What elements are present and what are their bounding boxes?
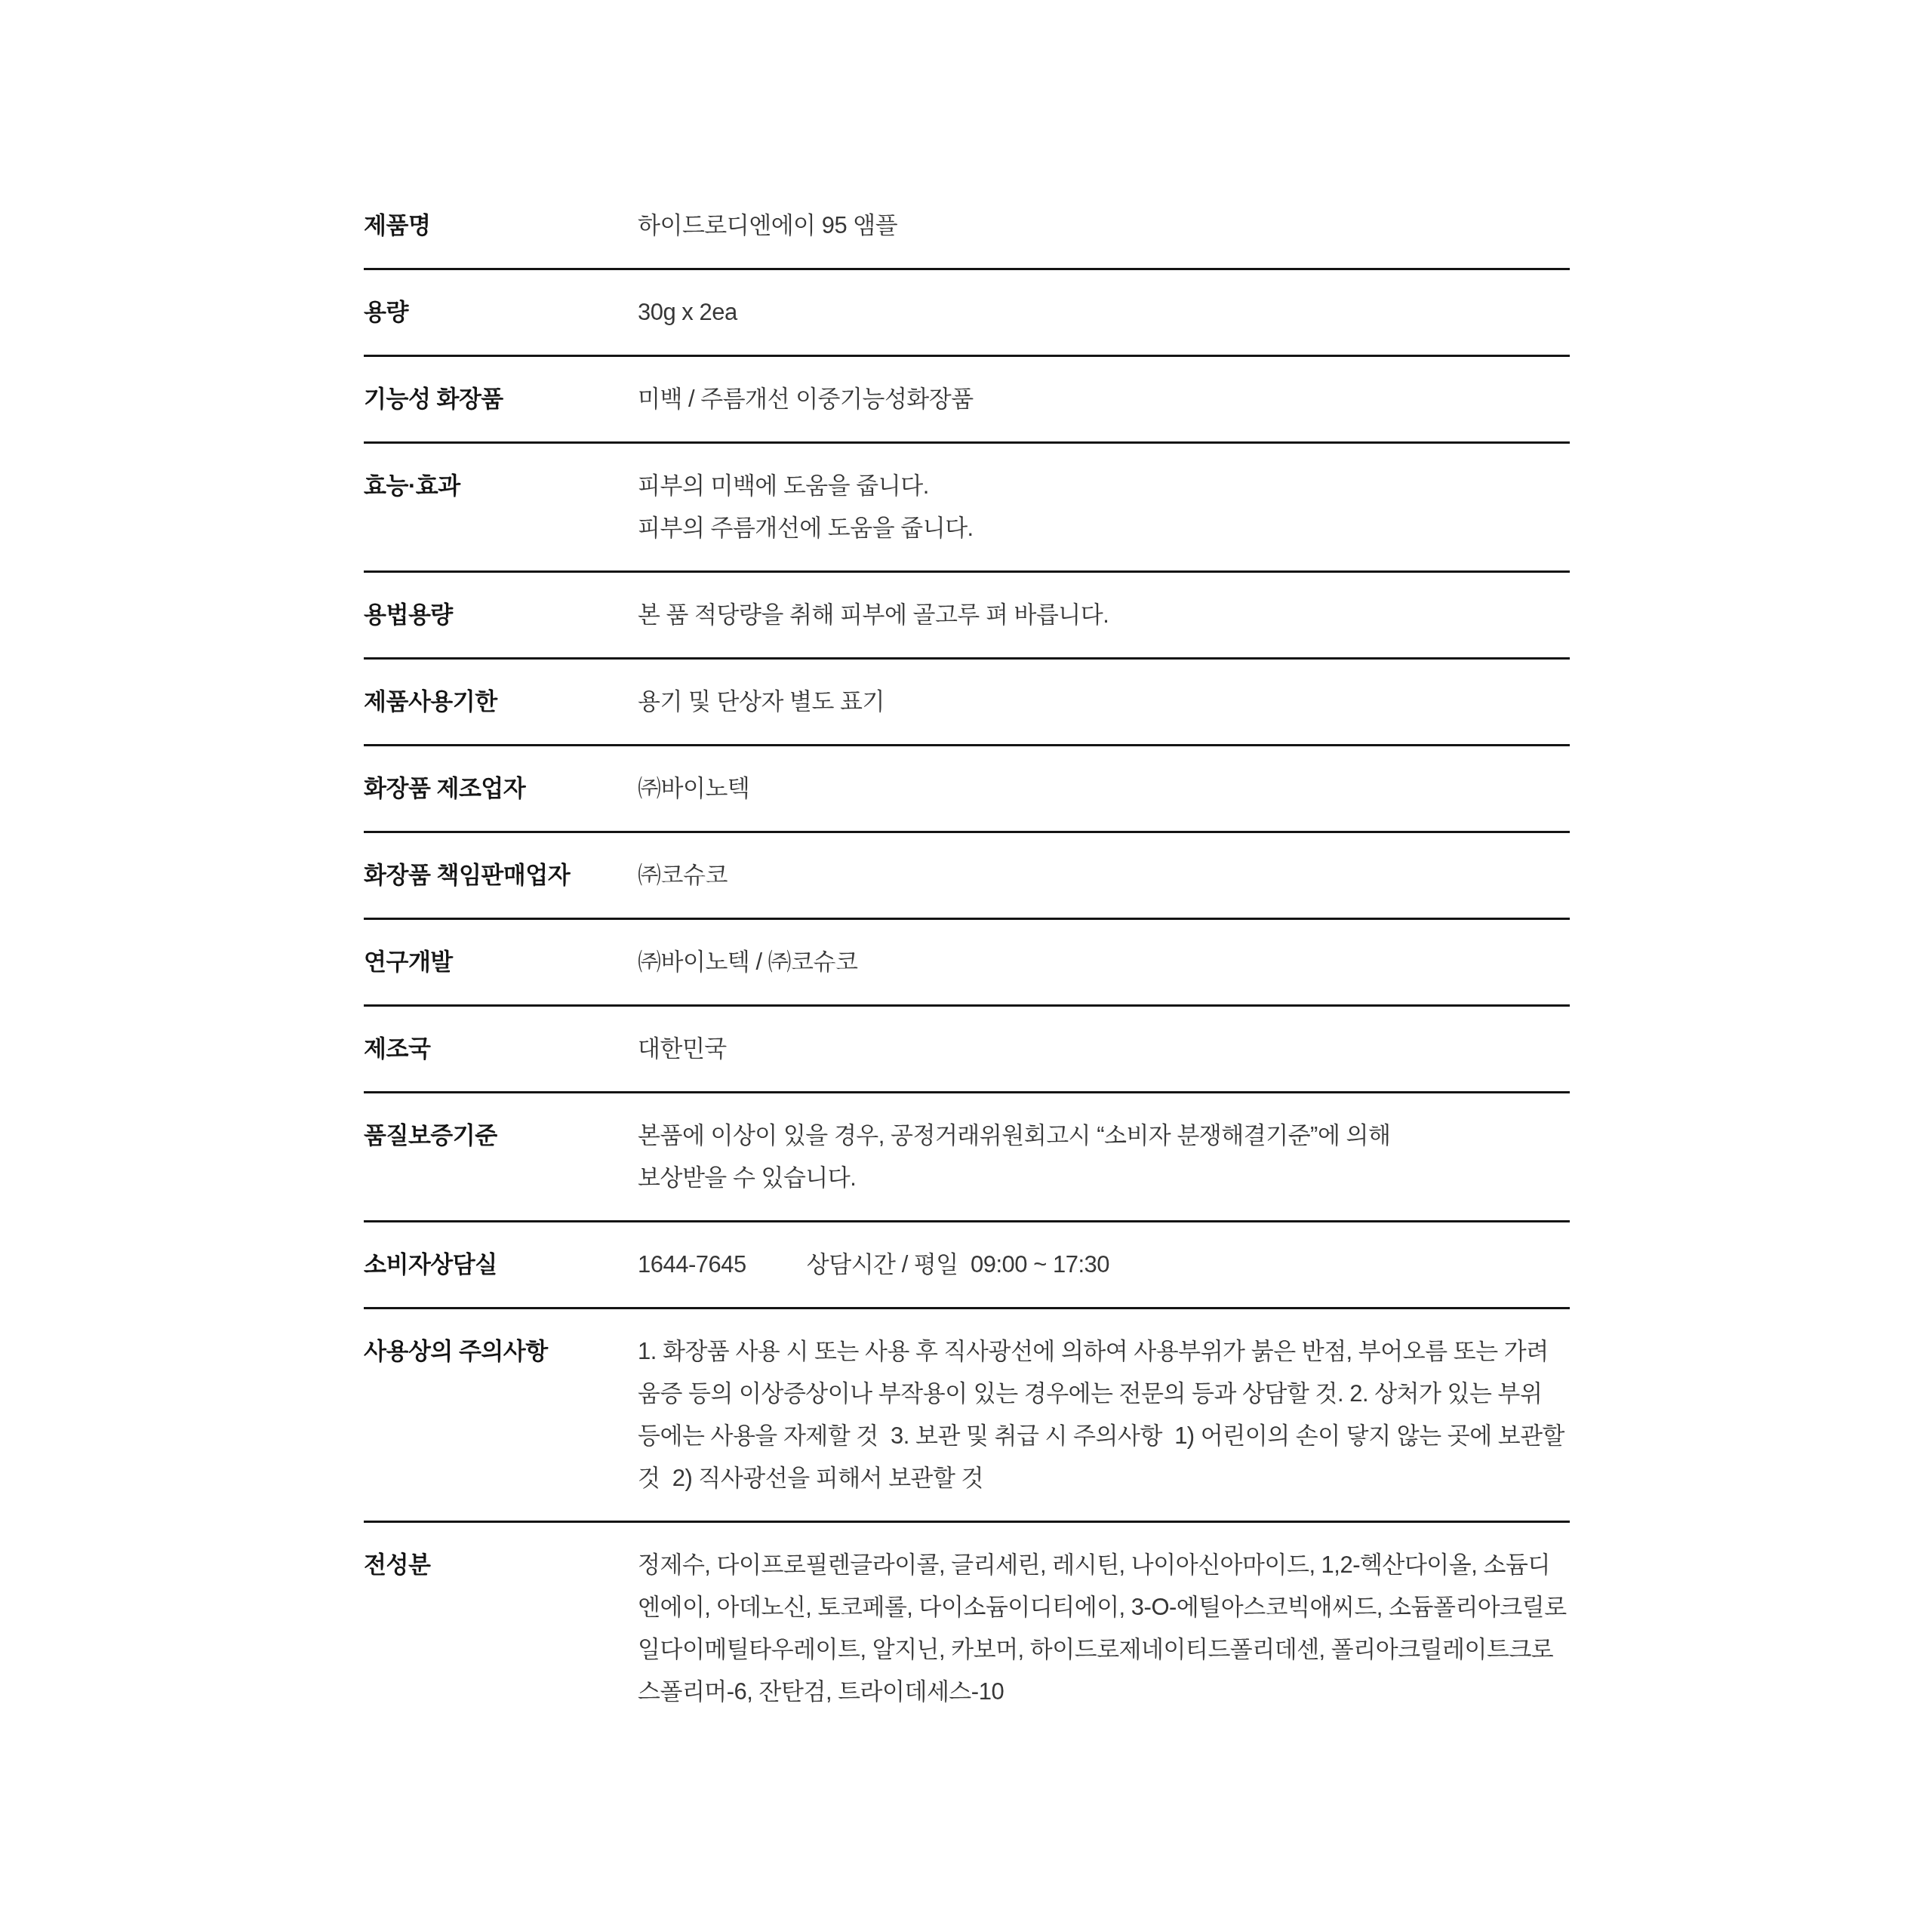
spec-label-precautions: 사용상의 주의사항 [364,1330,638,1373]
row-customer-service: 소비자상담실 1644-7645상담시간 / 평일 09:00 ~ 17:30 [364,1222,1570,1309]
spec-value-research-development: ㈜바이노텍 / ㈜코슈코 [638,941,1570,983]
spec-value-quality-guarantee: 본품에 이상이 있을 경우, 공정거래위원회고시 “소비자 분쟁해결기준”에 의… [638,1115,1570,1199]
spec-label-ingredients: 전성분 [364,1544,638,1586]
row-distributor: 화장품 책임판매업자 ㈜코슈코 [364,833,1570,920]
spec-label-distributor: 화장품 책임판매업자 [364,854,638,896]
row-ingredients: 전성분 정제수, 다이프로필렌글라이콜, 글리세린, 레시틴, 나이아신아마이드… [364,1523,1570,1734]
spec-label-research-development: 연구개발 [364,941,638,983]
spec-value-expiration: 용기 및 단상자 별도 표기 [638,681,1570,723]
row-manufacturer: 화장품 제조업자 ㈜바이노텍 [364,746,1570,833]
spec-value-functional-cosmetics: 미백 / 주름개선 이중기능성화장품 [638,378,1570,420]
spec-value-distributor: ㈜코슈코 [638,854,1570,896]
spec-label-product-name: 제품명 [364,205,638,247]
row-expiration: 제품사용기한 용기 및 단상자 별도 표기 [364,660,1570,746]
row-product-name: 제품명 하이드로디엔에이 95 앰플 [364,183,1570,270]
row-functional-cosmetics: 기능성 화장품 미백 / 주름개선 이중기능성화장품 [364,357,1570,444]
spec-label-usage-directions: 용법용량 [364,594,638,636]
row-research-development: 연구개발 ㈜바이노텍 / ㈜코슈코 [364,920,1570,1007]
spec-value-customer-service: 1644-7645상담시간 / 평일 09:00 ~ 17:30 [638,1244,1570,1286]
product-detail-page: { "colors": { "background": "#ffffff", "… [0,0,1932,1922]
customer-service-hours: 상담시간 / 평일 09:00 ~ 17:30 [807,1244,1109,1286]
row-volume: 용량 30g x 2ea [364,270,1570,357]
row-quality-guarantee: 품질보증기준 본품에 이상이 있을 경우, 공정거래위원회고시 “소비자 분쟁해… [364,1093,1570,1222]
spec-value-country-of-origin: 대한민국 [638,1028,1570,1070]
spec-label-country-of-origin: 제조국 [364,1028,638,1070]
row-country-of-origin: 제조국 대한민국 [364,1007,1570,1093]
spec-value-product-name: 하이드로디엔에이 95 앰플 [638,205,1570,247]
spec-value-efficacy: 피부의 미백에 도움을 줍니다. 피부의 주름개선에 도움을 줍니다. [638,465,1570,549]
spec-label-manufacturer: 화장품 제조업자 [364,767,638,810]
spec-value-usage-directions: 본 품 적당량을 취해 피부에 골고루 펴 바릅니다. [638,594,1570,636]
spec-label-functional-cosmetics: 기능성 화장품 [364,378,638,420]
spec-value-ingredients: 정제수, 다이프로필렌글라이콜, 글리세린, 레시틴, 나이아신아마이드, 1,… [638,1544,1570,1713]
customer-service-phone: 1644-7645 [638,1251,746,1278]
product-spec-table: 제품명 하이드로디엔에이 95 앰플 용량 30g x 2ea 기능성 화장품 … [364,183,1570,1734]
spec-label-customer-service: 소비자상담실 [364,1244,638,1286]
spec-value-volume: 30g x 2ea [638,291,1570,334]
spec-label-efficacy: 효능·효과 [364,465,638,507]
spec-label-volume: 용량 [364,291,638,334]
row-precautions: 사용상의 주의사항 1. 화장품 사용 시 또는 사용 후 직사광선에 의하여 … [364,1309,1570,1523]
spec-value-manufacturer: ㈜바이노텍 [638,767,1570,810]
row-efficacy: 효능·효과 피부의 미백에 도움을 줍니다. 피부의 주름개선에 도움을 줍니다… [364,444,1570,573]
row-usage-directions: 용법용량 본 품 적당량을 취해 피부에 골고루 펴 바릅니다. [364,573,1570,660]
spec-label-quality-guarantee: 품질보증기준 [364,1115,638,1157]
spec-value-precautions: 1. 화장품 사용 시 또는 사용 후 직사광선에 의하여 사용부위가 붉은 반… [638,1330,1570,1499]
spec-label-expiration: 제품사용기한 [364,681,638,723]
